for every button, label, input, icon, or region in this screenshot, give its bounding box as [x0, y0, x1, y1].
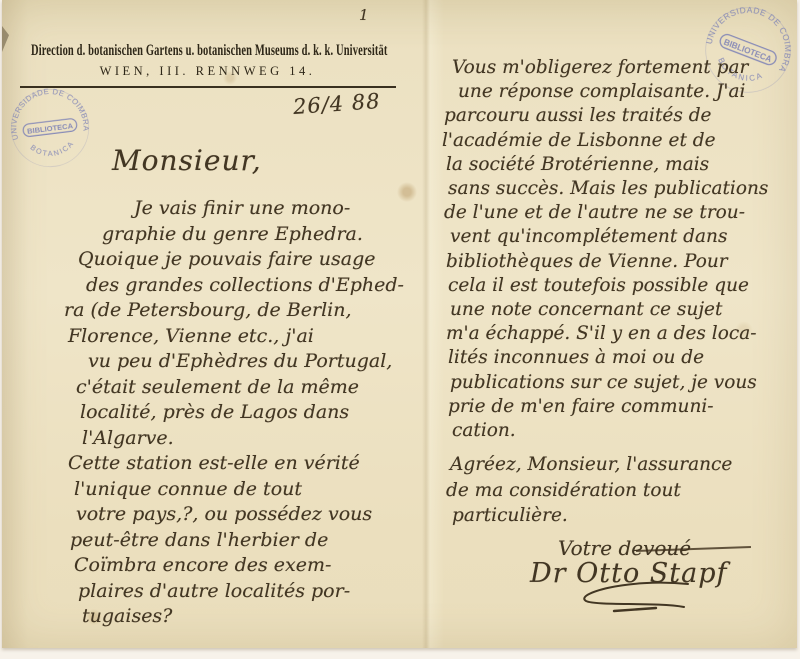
- letter-line: Coïmbra encore des exem-: [74, 553, 430, 579]
- coimbra-library-stamp-left: UNIVERSIDADE DE COIMBRA BOTANICA BIBLIOT…: [3, 81, 97, 175]
- letter-line: prie de m'en faire communi-: [448, 395, 798, 419]
- letter-line: parcouru aussi les traités de: [444, 104, 798, 128]
- letter-line: l'Algarve.: [82, 426, 430, 452]
- letterhead-address: WIEN, III. RENNWEG 14.: [20, 64, 395, 79]
- letter-line: tugaises?: [82, 604, 430, 630]
- salutation: Monsieur,: [112, 144, 262, 177]
- letter-line: des grandes collections d'Ephed-: [86, 273, 430, 299]
- letter-line: Quoique je pouvais faire usage: [78, 247, 430, 273]
- letter-left-page: Je vais finir une mono- graphie du genre…: [62, 196, 430, 630]
- letter-line: peut-être dans l'herbier de: [70, 528, 430, 554]
- page-number: 1: [359, 6, 369, 24]
- letter-line: graphie du genre Ephedra.: [102, 222, 430, 248]
- stamp-bottom-text: BOTANICA: [28, 138, 78, 161]
- letter-line: de l'une et de l'autre ne se trou-: [444, 201, 798, 225]
- letter-line: sans succès. Mais les publications: [448, 177, 798, 201]
- letter-line: c'était seulement de la même: [76, 375, 430, 401]
- letter-line: plaires d'autre localités por-: [78, 579, 430, 605]
- letter-line: publications sur ce sujet, je vous: [450, 371, 798, 395]
- letter-line: lités inconnues à moi ou de: [448, 346, 798, 370]
- letter-line: ra (de Petersbourg, de Berlin,: [64, 298, 430, 324]
- letter-line: Agréez, Monsieur, l'assurance: [450, 452, 798, 478]
- letter-line: votre pays,?, ou possédez vous: [76, 502, 430, 528]
- svg-text:BOTANICA: BOTANICA: [28, 138, 78, 161]
- letter-date: 26/4 88: [292, 89, 381, 119]
- letter-line: localité, près de Lagos dans: [80, 400, 430, 426]
- closing-paragraph: Agréez, Monsieur, l'assurance de ma cons…: [438, 452, 798, 529]
- letter-paper: Direction d. botanischen Gartens u. bota…: [2, 0, 797, 648]
- letter-line: de ma considération tout: [446, 478, 798, 504]
- letter-line: Vous m'obligerez fortement par: [452, 56, 798, 80]
- letter-line: m'a échappé. S'il y en a des loca-: [446, 322, 798, 346]
- letter-line: bibliothèques de Vienne. Pour: [446, 250, 798, 274]
- letter-line: cela il est toutefois possible que: [448, 274, 798, 298]
- letter-line: vent qu'incomplétement dans: [450, 225, 798, 249]
- letter-line: l'académie de Lisbonne et de: [442, 129, 798, 153]
- letter-line: une réponse complaisante. J'ai: [458, 80, 798, 104]
- letter-right-page: Vous m'obligerez fortement par une répon…: [438, 56, 798, 614]
- valediction: Votre devoué: [558, 536, 798, 560]
- letterhead-institution: Direction d. botanischen Gartens u. bota…: [31, 42, 388, 60]
- letter-line: Florence, Vienne etc., j'ai: [68, 324, 430, 350]
- letter-line: Je vais finir une mono-: [134, 196, 430, 222]
- letter-line: l'unique connue de tout: [74, 477, 430, 503]
- letter-line: cation.: [452, 419, 798, 443]
- letter-line: une note concernant ce sujet: [450, 298, 798, 322]
- letter-line: la société Brotérienne, mais: [446, 153, 798, 177]
- scan-edge-shadow: [2, 26, 9, 52]
- letter-line: particulière.: [452, 503, 798, 529]
- letter-line: Cette station est-elle en vérité: [68, 451, 430, 477]
- letter-line: vu peu d'Ephèdres du Portugal,: [88, 349, 430, 375]
